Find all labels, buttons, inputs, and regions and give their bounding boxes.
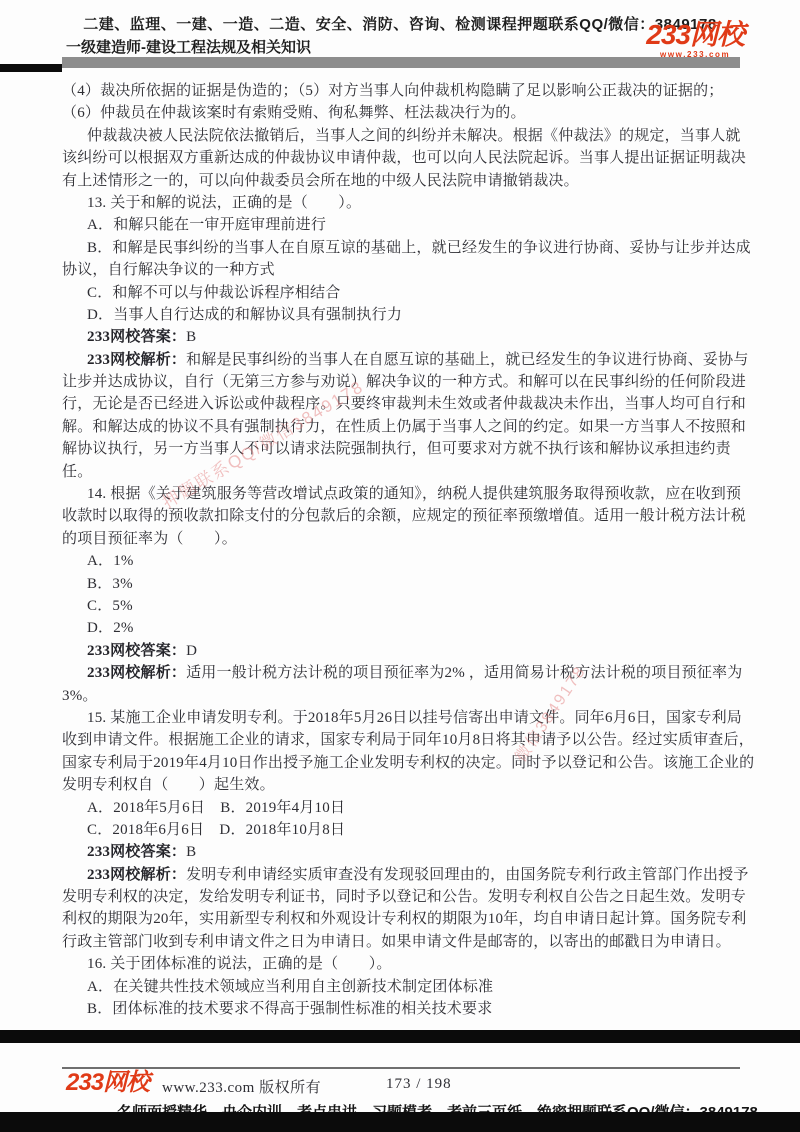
text-line-content: B．3%: [87, 576, 133, 592]
text-line-content: 利权的期限为20年，实用新型专利权和外观设计专利权的期限为10年，均自申请日起计…: [62, 911, 746, 927]
question-text-block: （4）裁决所依据的证据是伪造的；（5）对方当事人向仲裁机构隐瞒了足以影响公正裁决…: [62, 80, 752, 1020]
text-line: 233网校解析：适用一般计税方法计税的项目预征率为2% ，适用简易计税方法计税的…: [62, 662, 752, 684]
text-line-content: 行政主管部门收到专利申请文件之日为申请日。如果申请文件是邮寄的，以寄出的邮戳日为…: [62, 934, 731, 950]
text-line: C．5%: [62, 595, 752, 617]
text-line: A．和解只能在一审开庭审理前进行: [62, 214, 752, 236]
text-line: D．当事人自行达成的和解协议具有强制执行力: [62, 304, 752, 326]
text-line-content: 发明专利权自（ ）起生效。: [62, 777, 275, 793]
text-line-content: 解协议执行，另一方当事人不可以请求法院强制执行，但可要求对方就不执行该和解协议承…: [62, 441, 731, 457]
text-line-content: A．2018年5月6日 B．2019年4月10日: [87, 800, 345, 816]
answer-label: 233网校解析：: [87, 665, 186, 681]
text-line-content: C．2018年6月6日 D．2018年10月8日: [87, 822, 345, 838]
text-line-content: B．和解是民事纠纷的当事人在自原互谅的基础上，就已经发生的争议进行协商、妥协与让…: [87, 240, 751, 256]
text-line: 16. 关于团体标准的说法，正确的是（ ）。: [62, 953, 752, 975]
answer-label: 233网校解析：: [87, 352, 186, 368]
text-line: B．团体标准的技术要求不得高于强制性标准的相关技术要求: [62, 998, 752, 1020]
text-line-content: A．在关键共性技术领域应当利用自主创新技术制定团体标准: [87, 979, 493, 995]
text-line: B．和解是民事纠纷的当事人在自原互谅的基础上，就已经发生的争议进行协商、妥协与让…: [62, 237, 752, 259]
footer-copyright-text: www.233.com 版权所有: [162, 1076, 321, 1097]
text-line: 解。和解达成的协议不具有强制执行力，在性质上仍属于当事人之间的约定。如果一方当事…: [62, 416, 752, 438]
text-line: 行政主管部门收到专利申请文件之日为申请日。如果申请文件是邮寄的，以寄出的邮戳日为…: [62, 931, 752, 953]
text-line-content: 发明专利申请经实质审查没有发现驳回理由的，由国务院专利行政主管部门作出授予: [186, 867, 748, 883]
text-line: A．1%: [62, 550, 752, 572]
text-line: 的项目预征率为（ ）。: [62, 528, 752, 550]
footer-brand-logo: 233网校: [66, 1071, 149, 1095]
text-line-content: （4）裁决所依据的证据是伪造的；（5）对方当事人向仲裁机构隐瞒了足以影响公正裁决…: [62, 83, 724, 99]
text-line: 233网校答案：B: [62, 326, 752, 348]
text-line: 233网校解析：发明专利申请经实质审查没有发现驳回理由的，由国务院专利行政主管部…: [62, 864, 752, 886]
text-line: 233网校解析：和解是民事纠纷的当事人在自愿互谅的基础上，就已经发生的争议进行协…: [62, 349, 752, 371]
text-line-content: 的项目预征率为（ ）。: [62, 531, 237, 547]
text-line-content: 行，无论是否已经进入诉讼或仲裁程序。只要终审裁判未生效或者仲裁裁决未作出，当事人…: [62, 396, 746, 412]
text-line-content: 国家专利局于2019年4月10日作出授予施工企业发明专利权的决定。同时予以登记和…: [62, 755, 754, 771]
text-line-content: 让步并达成协议，自行（无第三方参与劝说）解决争议的一种方式。和解可以在民事纠纷的…: [62, 374, 746, 390]
text-line: 有上述情形之一的，可以向仲裁委员会所在地的中级人民法院申请撤销裁决。: [62, 170, 752, 192]
text-line: A．在关键共性技术领域应当利用自主创新技术制定团体标准: [62, 976, 752, 998]
text-line-content: 和解是民事纠纷的当事人在自愿互谅的基础上，就已经发生的争议进行协商、妥协与: [186, 352, 748, 368]
text-line-content: 16. 关于团体标准的说法，正确的是（ ）。: [87, 956, 392, 972]
text-line: （4）裁决所依据的证据是伪造的；（5）对方当事人向仲裁机构隐瞒了足以影响公正裁决…: [62, 80, 752, 102]
text-line: 协议，自行解决争议的一种方式: [62, 259, 752, 281]
text-line-content: B: [186, 329, 196, 345]
answer-label: 233网校解析：: [87, 867, 186, 883]
text-line-content: C．5%: [87, 598, 133, 614]
text-line-content: D．2%: [87, 620, 134, 636]
header-divider-bar: [62, 57, 740, 68]
footer-black-bar-top: [0, 1030, 800, 1043]
text-line: 收款时以取得的预收款扣除支付的分包款后的余额，应规定的预征率预缴增值。适用一般计…: [62, 505, 752, 527]
text-line: 利权的期限为20年，实用新型专利权和外观设计专利权的期限为10年，均自申请日起计…: [62, 908, 752, 930]
text-line: 发明专利权的决定，发给发明专利证书，同时予以登记和公告。发明专利权自公告之日起生…: [62, 886, 752, 908]
text-line-content: 解。和解达成的协议不具有强制执行力，在性质上仍属于当事人之间的约定。如果一方当事…: [62, 419, 746, 435]
text-line-content: C．和解不可以与仲裁讼诉程序相结合: [87, 285, 340, 301]
text-line: 14. 根据《关于建筑服务等营改增试点政策的通知》，纳税人提供建筑服务取得预收款…: [62, 483, 752, 505]
text-line: 解协议执行，另一方当事人不可以请求法院强制执行，但可要求对方就不执行该和解协议承…: [62, 438, 752, 460]
text-line-content: 任。: [62, 464, 92, 480]
text-line: 该纠纷可以根据双方重新达成的仲裁协议申请仲裁，也可以向人民法院起诉。当事人提出证…: [62, 147, 752, 169]
text-line-content: 发明专利权的决定，发给发明专利证书，同时予以登记和公告。发明专利权自公告之日起生…: [62, 889, 746, 905]
text-line-content: 15. 某施工企业申请发明专利。于2018年5月26日以挂号信寄出申请文件。同年…: [87, 710, 742, 726]
text-line-content: 收到申请文件。根据施工企业的请求，国家专利局于同年10月8日将其申请予以公告。经…: [62, 732, 754, 748]
text-line: 国家专利局于2019年4月10日作出授予施工企业发明专利权的决定。同时予以登记和…: [62, 752, 752, 774]
text-line-content: 13. 关于和解的说法，正确的是（ ）。: [87, 195, 361, 211]
text-line-content: 该纠纷可以根据双方重新达成的仲裁协议申请仲裁，也可以向人民法院起诉。当事人提出证…: [62, 150, 746, 166]
text-line: 13. 关于和解的说法，正确的是（ ）。: [62, 192, 752, 214]
answer-label: 233网校答案：: [87, 844, 186, 860]
header-divider-bar-left: [0, 64, 62, 72]
text-line-content: 协议，自行解决争议的一种方式: [62, 262, 275, 278]
footer-black-bar-bottom: [0, 1112, 800, 1132]
text-line-content: 3%。: [62, 688, 98, 704]
text-line: B．3%: [62, 573, 752, 595]
text-line: （6）仲裁员在仲裁该案时有索贿受贿、徇私舞弊、枉法裁决行为的。: [62, 102, 752, 124]
brand-logo-text: 233网校: [646, 21, 744, 49]
text-line-content: 仲裁裁决被人民法院依法撤销后，当事人之间的纠纷并未解决。根据《仲裁法》的规定，当…: [87, 128, 741, 144]
text-line-content: B: [186, 844, 196, 860]
text-line: C．和解不可以与仲裁讼诉程序相结合: [62, 282, 752, 304]
text-line: 15. 某施工企业申请发明专利。于2018年5月26日以挂号信寄出申请文件。同年…: [62, 707, 752, 729]
text-line-content: D: [186, 643, 197, 659]
brand-logo: 233网校 www.233.com: [646, 21, 744, 59]
text-line-content: A．1%: [87, 553, 134, 569]
text-line-content: 适用一般计税方法计税的项目预征率为2% ，适用简易计税方法计税的项目预征率为: [186, 665, 742, 681]
answer-label: 233网校答案：: [87, 643, 186, 659]
text-line: A．2018年5月6日 B．2019年4月10日: [62, 797, 752, 819]
text-line-content: D．当事人自行达成的和解协议具有强制执行力: [87, 307, 402, 323]
footer-divider-line: [62, 1067, 740, 1069]
text-line: D．2%: [62, 617, 752, 639]
text-line: 收到申请文件。根据施工企业的请求，国家专利局于同年10月8日将其申请予以公告。经…: [62, 729, 752, 751]
document-page: 二建、监理、一建、一造、二造、安全、消防、咨询、检测课程押题联系QQ/微信：38…: [0, 0, 800, 1132]
text-line: 让步并达成协议，自行（无第三方参与劝说）解决争议的一种方式。和解可以在民事纠纷的…: [62, 371, 752, 393]
text-line-content: 有上述情形之一的，可以向仲裁委员会所在地的中级人民法院申请撤销裁决。: [62, 173, 579, 189]
text-line: 233网校答案：D: [62, 640, 752, 662]
text-line: 3%。: [62, 685, 752, 707]
text-line-content: B．团体标准的技术要求不得高于强制性标准的相关技术要求: [87, 1001, 492, 1017]
text-line: 行，无论是否已经进入诉讼或仲裁程序。只要终审裁判未生效或者仲裁裁决未作出，当事人…: [62, 393, 752, 415]
text-line: 任。: [62, 461, 752, 483]
text-line-content: 14. 根据《关于建筑服务等营改增试点政策的通知》，纳税人提供建筑服务取得预收款…: [87, 486, 741, 502]
text-line-content: A．和解只能在一审开庭审理前进行: [87, 217, 326, 233]
page-number-indicator: 173 / 198: [386, 1076, 452, 1093]
text-line-content: 收款时以取得的预收款扣除支付的分包款后的余额，应规定的预征率预缴增值。适用一般计…: [62, 508, 746, 524]
text-line-content: （6）仲裁员在仲裁该案时有索贿受贿、徇私舞弊、枉法裁决行为的。: [62, 105, 526, 121]
header-subject-text: 一级建造师-建设工程法规及相关知识: [66, 36, 311, 57]
text-line: 233网校答案：B: [62, 841, 752, 863]
text-line: 发明专利权自（ ）起生效。: [62, 774, 752, 796]
text-line: C．2018年6月6日 D．2018年10月8日: [62, 819, 752, 841]
text-line: 仲裁裁决被人民法院依法撤销后，当事人之间的纠纷并未解决。根据《仲裁法》的规定，当…: [62, 125, 752, 147]
answer-label: 233网校答案：: [87, 329, 186, 345]
